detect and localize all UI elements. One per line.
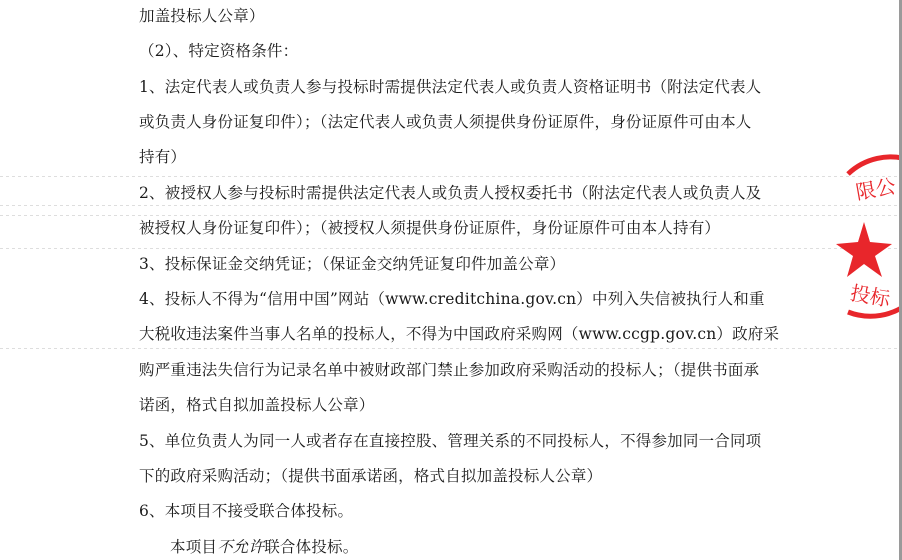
scan-artifact [0, 215, 899, 216]
document-page: 加盖投标人公章） （2）、特定资格条件： 1、法定代表人或负责人参与投标时需提供… [0, 0, 899, 560]
text-line: 1、法定代表人或负责人参与投标时需提供法定代表人或负责人资格证明书（附法定代表人 [139, 77, 761, 97]
scan-artifact [0, 348, 899, 349]
text-line: 下的政府采购活动；（提供书面承诺函，格式自拟加盖投标人公章） [139, 466, 602, 486]
text-line: 6、本项目不接受联合体投标。 [139, 501, 353, 521]
final-prefix: 本项目 [170, 538, 217, 556]
svg-text:投标: 投标 [848, 281, 893, 312]
scan-artifact [0, 248, 899, 249]
svg-text:限公: 限公 [854, 174, 898, 205]
text-line: 持有） [139, 147, 186, 167]
text-line: 5、单位负责人为同一人或者存在直接控股、管理关系的不同投标人，不得参加同一合同项 [139, 431, 761, 451]
scan-artifact [0, 176, 899, 177]
section-heading: （2）、特定资格条件： [139, 41, 298, 61]
official-seal-icon: 限公 投标 [820, 152, 902, 332]
text-line: 大税收违法案件当事人名单的投标人，不得为中国政府采购网（www.ccgp.gov… [139, 324, 779, 344]
text-line: 购严重违法失信行为记录名单中被财政部门禁止参加政府采购活动的投标人；（提供书面承 [139, 360, 759, 380]
handwritten-text: 不允许 [217, 538, 264, 556]
final-suffix: 联合体投标。 [264, 538, 358, 556]
scan-artifact [0, 205, 899, 206]
text-line: 2、被授权人参与投标时需提供法定代表人或负责人授权委托书（附法定代表人或负责人及 [139, 183, 761, 203]
text-line: 被授权人身份证复印件）；（被授权人须提供身份证原件，身份证原件可由本人持有） [139, 218, 720, 238]
text-line: 诺函，格式自拟加盖投标人公章） [139, 395, 375, 415]
text-line: 或负责人身份证复印件）；（法定代表人或负责人须提供身份证原件，身份证原件可由本人 [139, 112, 752, 132]
text-line: 4、投标人不得为“信用中国”网站（www.creditchina.gov.cn）… [139, 289, 765, 309]
final-statement: 本项目不允许联合体投标。 [170, 537, 358, 557]
text-line: 3、投标保证金交纳凭证；（保证金交纳凭证复印件加盖公章） [139, 254, 565, 274]
text-line: 加盖投标人公章） [139, 6, 265, 26]
